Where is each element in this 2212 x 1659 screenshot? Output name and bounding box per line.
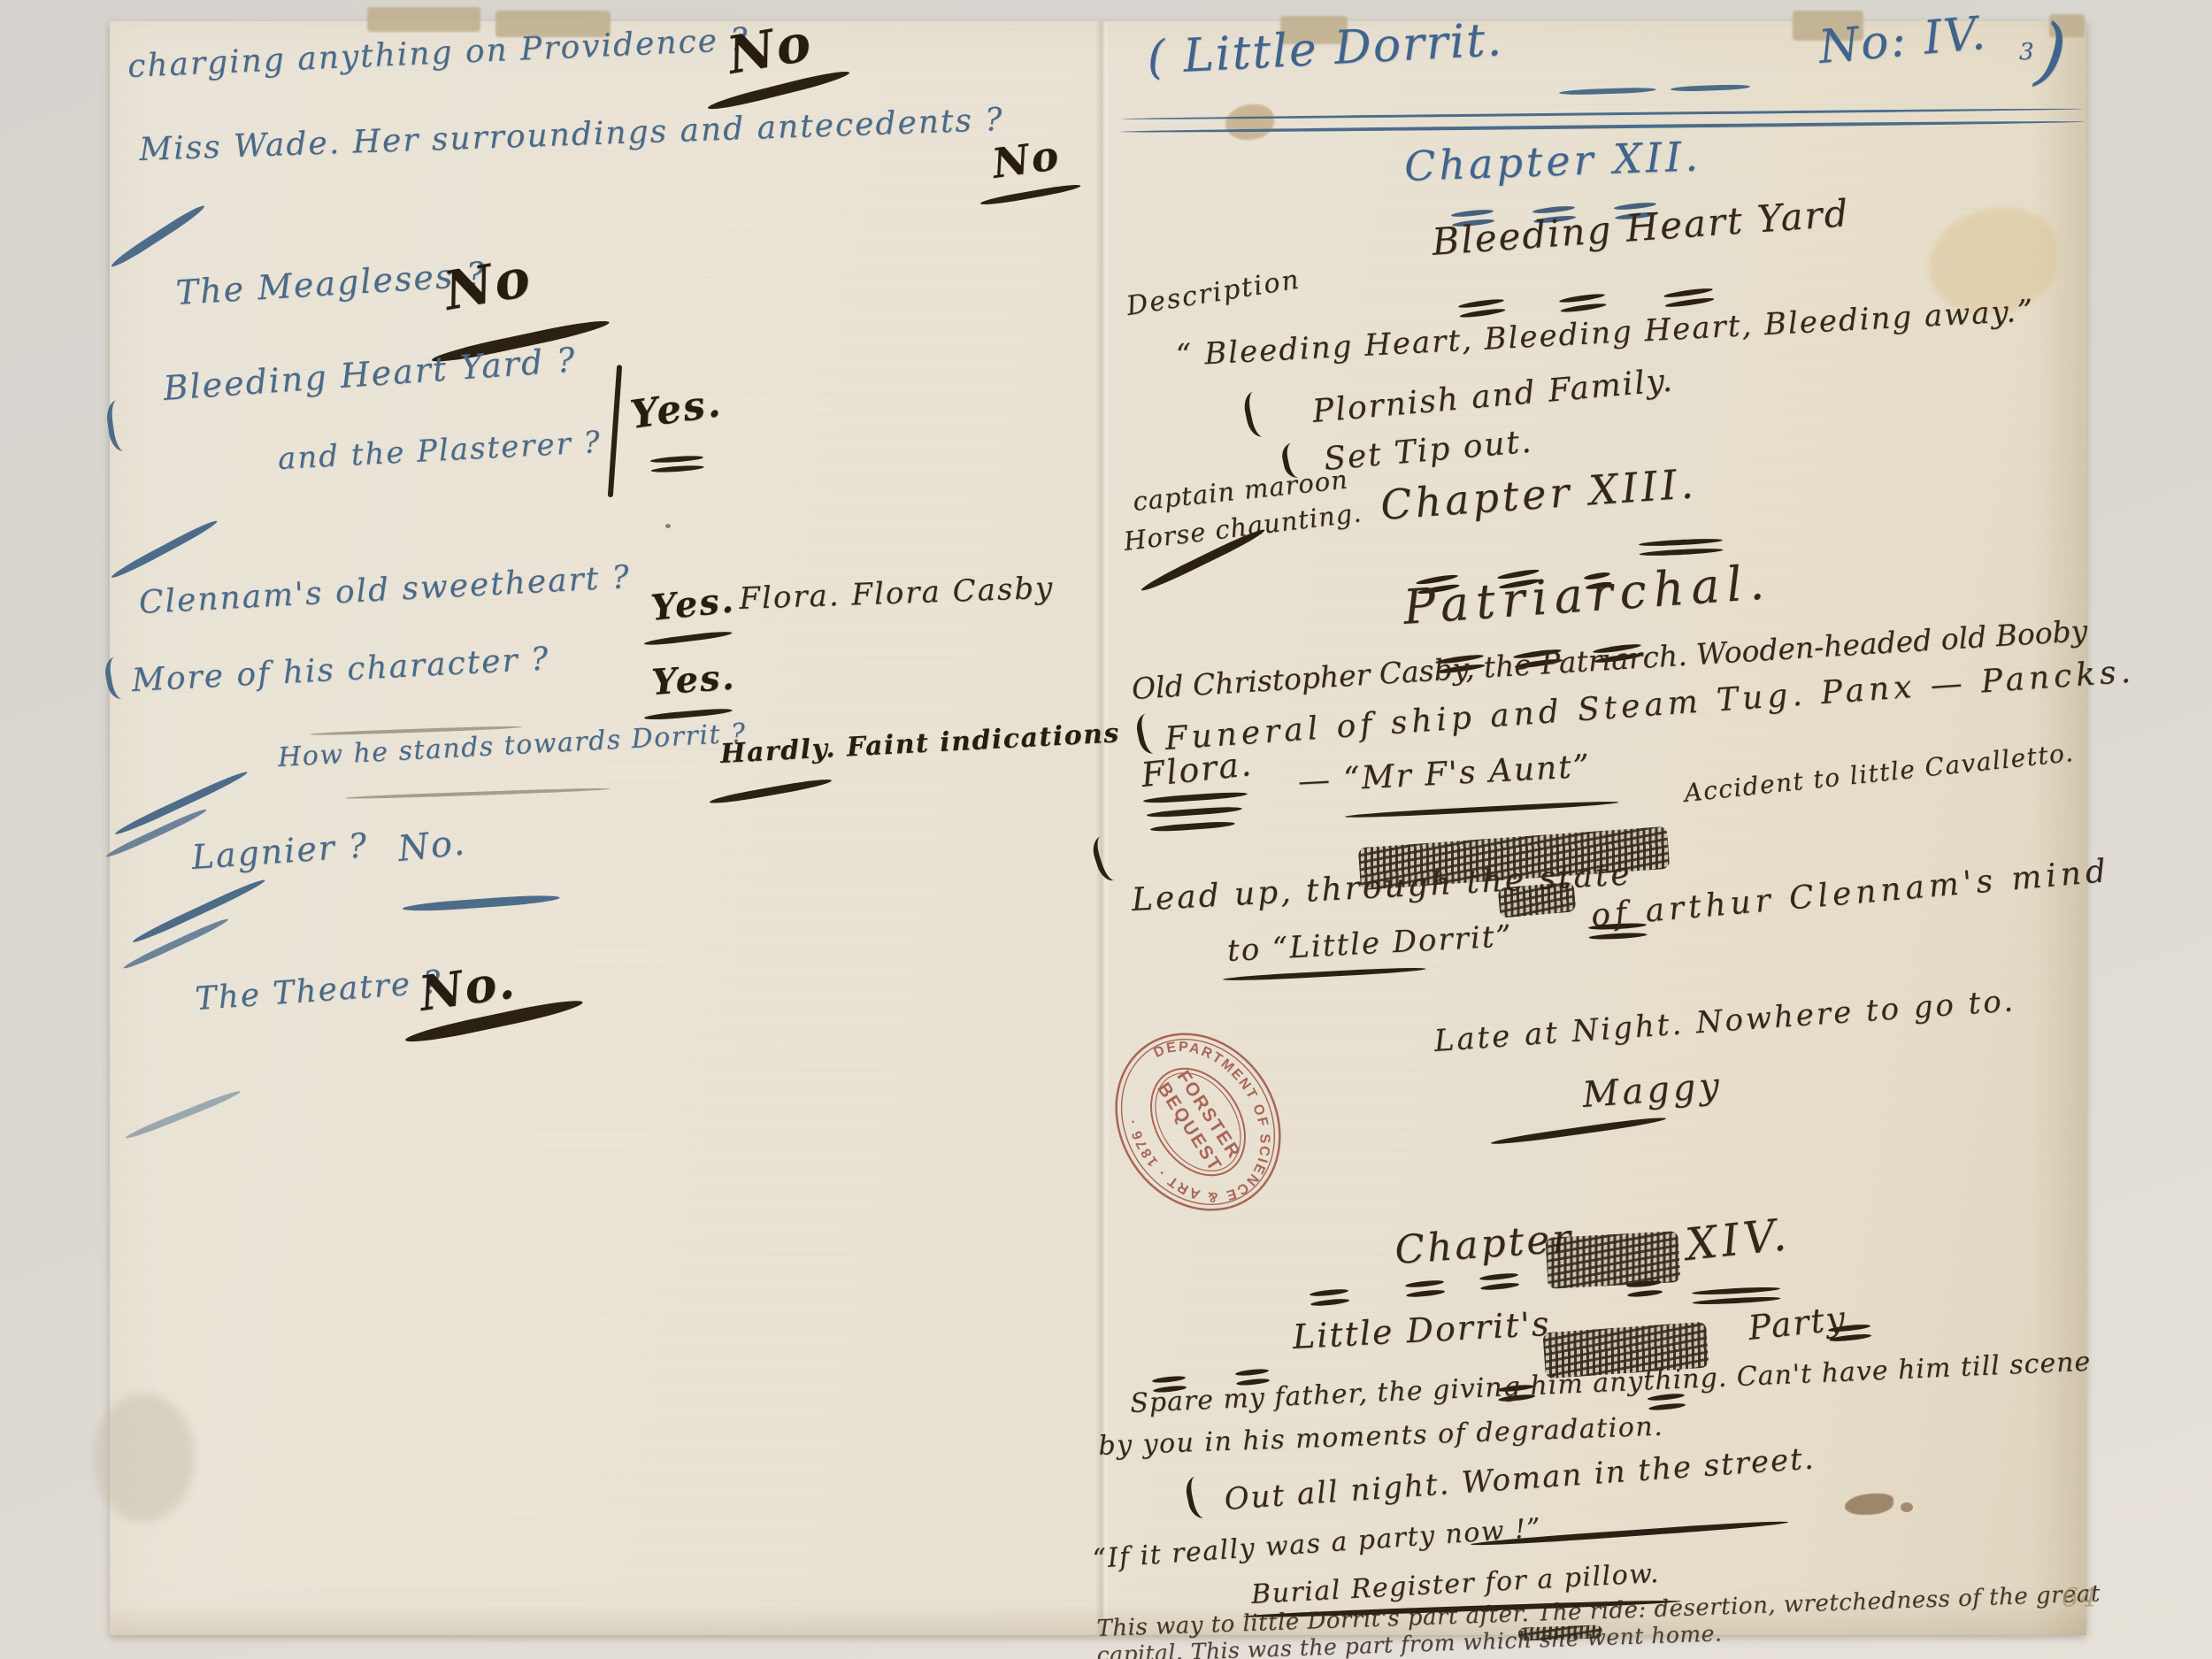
chapter-14-title-right: Party	[1747, 1302, 1848, 1345]
memo-answer-theatre: No.	[416, 956, 518, 1018]
page-superscript: 3	[2019, 41, 2036, 64]
chapter-14-heading-number: XIV.	[1684, 1212, 1793, 1267]
memo-answer-miss-wade: No	[990, 134, 1063, 184]
memo-answer-sweetheart: Yes.	[649, 582, 737, 626]
manuscript-photograph: charging anything on Providence ? No Mis…	[0, 0, 2212, 1659]
page-number-label: No: IV.	[1816, 11, 1988, 71]
chapter-13-note-maggy: Maggy	[1581, 1068, 1724, 1113]
memo-answer-character: Yes.	[650, 659, 737, 701]
memo-answer-meagleses: No	[441, 251, 536, 319]
folio-number: 64	[2062, 1586, 2099, 1612]
chapter-12-heading: Chapter XII.	[1403, 135, 1701, 187]
right-edge-shadow	[2032, 21, 2086, 1635]
memo-answer-lagnier: No.	[396, 825, 468, 867]
tape-remnant	[367, 7, 480, 32]
memo-answer-providence: No	[724, 16, 816, 81]
center-fold-crease	[1095, 21, 1110, 1635]
